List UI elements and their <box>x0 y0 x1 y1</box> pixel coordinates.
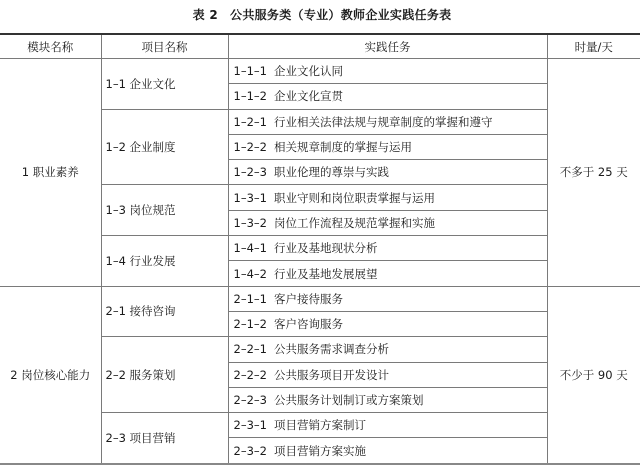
header-task: 实践任务 <box>228 34 547 59</box>
task-code: 1–2–1 <box>234 115 267 129</box>
task-code: 1–1–2 <box>234 89 267 103</box>
practice-task-table: 模块名称 项目名称 实践任务 时量/天 1 职业素养 1–1 企业文化 1–1–… <box>0 33 640 465</box>
task-text: 职业伦理的尊崇与实践 <box>274 165 389 179</box>
task-code: 1–1–1 <box>234 64 267 78</box>
task-code: 2–2–3 <box>234 393 267 407</box>
task-text: 项目营销方案实施 <box>274 444 366 458</box>
project-cell: 2–1 接待咨询 <box>101 286 228 337</box>
task-code: 2–1–1 <box>234 292 267 306</box>
table-row: 1 职业素养 1–1 企业文化 1–1–1企业文化认同 不多于 25 天 <box>0 59 640 84</box>
task-code: 1–2–2 <box>234 140 267 154</box>
task-code: 1–2–3 <box>234 165 267 179</box>
project-cell: 1–1 企业文化 <box>101 59 228 110</box>
task-cell: 2–1–1客户接待服务 <box>228 286 547 311</box>
task-cell: 2–2–2公共服务项目开发设计 <box>228 362 547 387</box>
task-cell: 1–4–1行业及基地现状分析 <box>228 236 547 261</box>
task-cell: 1–2–1行业相关法律法规与规章制度的掌握和遵守 <box>228 109 547 134</box>
hours-cell: 不多于 25 天 <box>547 59 640 287</box>
task-text: 公共服务需求调查分析 <box>274 342 389 356</box>
task-text: 职业守则和岗位职责掌握与运用 <box>274 191 435 205</box>
task-cell: 1–1–2企业文化宣贯 <box>228 84 547 109</box>
task-code: 1–3–2 <box>234 216 267 230</box>
task-code: 2–3–1 <box>234 418 267 432</box>
task-cell: 1–2–3职业伦理的尊崇与实践 <box>228 160 547 185</box>
task-text: 公共服务项目开发设计 <box>274 368 389 382</box>
task-cell: 2–2–3公共服务计划制订或方案策划 <box>228 387 547 412</box>
task-cell: 2–1–2客户咨询服务 <box>228 311 547 336</box>
table-title: 公共服务类（专业）教师企业实践任务表 <box>230 8 451 22</box>
task-cell: 2–3–2项目营销方案实施 <box>228 438 547 464</box>
project-cell: 1–3 岗位规范 <box>101 185 228 236</box>
header-module: 模块名称 <box>0 34 101 59</box>
task-code: 2–1–2 <box>234 317 267 331</box>
task-text: 行业及基地现状分析 <box>274 241 378 255</box>
task-text: 行业及基地发展展望 <box>274 267 378 281</box>
task-text: 客户咨询服务 <box>274 317 343 331</box>
table-number: 表 2 <box>193 8 218 22</box>
task-code: 2–2–1 <box>234 342 267 356</box>
task-text: 企业文化认同 <box>274 64 343 78</box>
table-row: 2 岗位核心能力 2–1 接待咨询 2–1–1客户接待服务 不少于 90 天 <box>0 286 640 311</box>
task-code: 1–3–1 <box>234 191 267 205</box>
task-cell: 1–1–1企业文化认同 <box>228 59 547 84</box>
task-cell: 2–2–1公共服务需求调查分析 <box>228 337 547 362</box>
hours-cell: 不少于 90 天 <box>547 286 640 464</box>
task-cell: 1–2–2相关规章制度的掌握与运用 <box>228 134 547 159</box>
task-code: 1–4–2 <box>234 267 267 281</box>
task-code: 2–2–2 <box>234 368 267 382</box>
task-text: 客户接待服务 <box>274 292 343 306</box>
task-text: 公共服务计划制订或方案策划 <box>274 393 424 407</box>
task-cell: 1–3–1职业守则和岗位职责掌握与运用 <box>228 185 547 210</box>
task-text: 相关规章制度的掌握与运用 <box>274 140 412 154</box>
header-hours: 时量/天 <box>547 34 640 59</box>
project-cell: 1–4 行业发展 <box>101 236 228 287</box>
project-cell: 2–2 服务策划 <box>101 337 228 413</box>
task-cell: 1–3–2岗位工作流程及规范掌握和实施 <box>228 210 547 235</box>
task-text: 企业文化宣贯 <box>274 89 343 103</box>
task-cell: 2–3–1项目营销方案制订 <box>228 413 547 438</box>
task-text: 岗位工作流程及规范掌握和实施 <box>274 216 435 230</box>
project-cell: 1–2 企业制度 <box>101 109 228 185</box>
task-code: 2–3–2 <box>234 444 267 458</box>
task-cell: 1–4–2行业及基地发展展望 <box>228 261 547 286</box>
module-cell: 2 岗位核心能力 <box>0 286 101 464</box>
module-cell: 1 职业素养 <box>0 59 101 287</box>
table-caption: 表 2公共服务类（专业）教师企业实践任务表 <box>0 6 644 23</box>
task-text: 行业相关法律法规与规章制度的掌握和遵守 <box>274 115 493 129</box>
task-code: 1–4–1 <box>234 241 267 255</box>
header-project: 项目名称 <box>101 34 228 59</box>
project-cell: 2–3 项目营销 <box>101 413 228 464</box>
header-row: 模块名称 项目名称 实践任务 时量/天 <box>0 34 640 59</box>
task-text: 项目营销方案制订 <box>274 418 366 432</box>
